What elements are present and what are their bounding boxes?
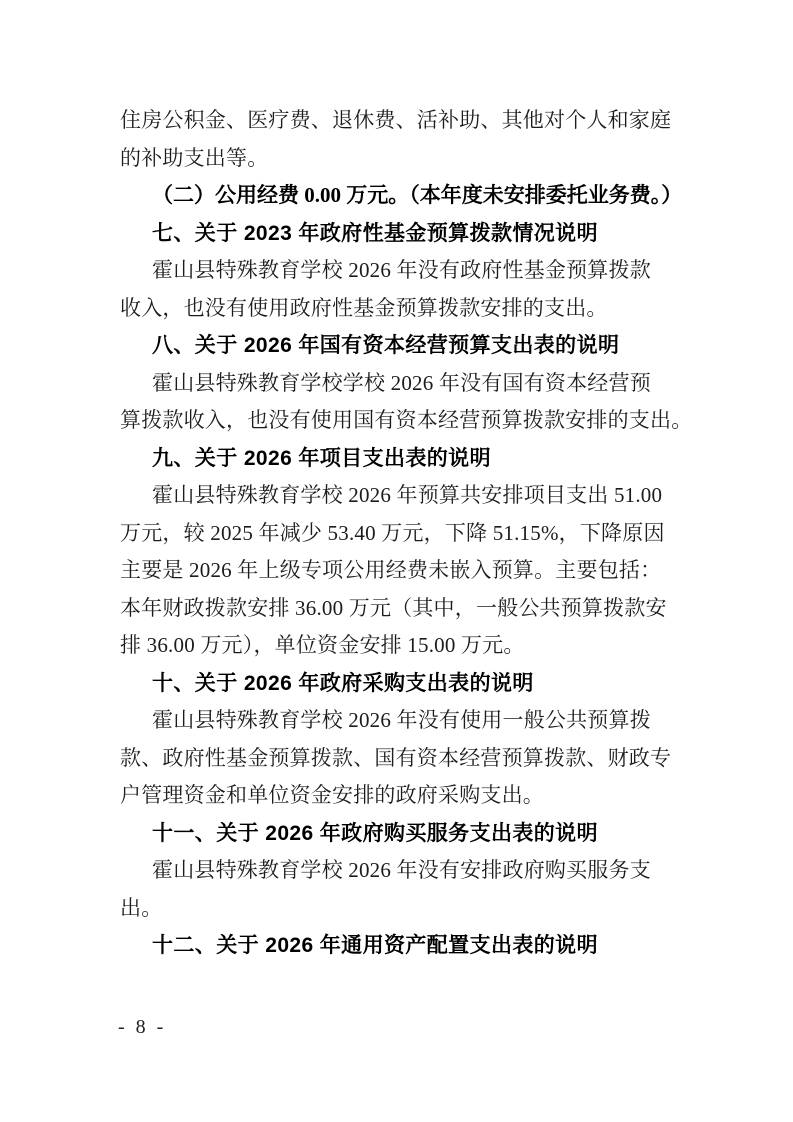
page-number: - 8 - [118,1012,166,1042]
section-heading: 八、关于 2026 年国有资本经营预算支出表的说明 [120,327,675,365]
section-heading: 七、关于 2023 年政府性基金预算拨款情况说明 [120,215,675,253]
text-line: 霍山县特殊教育学校 2026 年没有安排政府购买服务支 [120,852,675,890]
section-heading: 十一、关于 2026 年政府购买服务支出表的说明 [120,815,675,853]
document-body: 住房公积金、医疗费、退休费、活补助、其他对个人和家庭的补助支出等。（二）公用经费… [120,102,675,965]
text-line: 户管理资金和单位资金安排的政府采购支出。 [120,777,675,815]
text-line: 本年财政拨款安排 36.00 万元（其中，一般公共预算拨款安 [120,590,675,628]
text-line: 住房公积金、医疗费、退休费、活补助、其他对个人和家庭 [120,102,675,140]
section-heading: 九、关于 2026 年项目支出表的说明 [120,440,675,478]
text-line: 霍山县特殊教育学校学校 2026 年没有国有资本经营预 [120,365,675,403]
text-line: （二）公用经费 0.00 万元。（本年度未安排委托业务费。） [120,177,675,215]
text-line: 出。 [120,890,675,928]
text-line: 款、政府性基金预算拨款、国有资本经营预算拨款、财政专 [120,740,675,778]
text-line: 霍山县特殊教育学校 2026 年预算共安排项目支出 51.00 [120,477,675,515]
text-line: 霍山县特殊教育学校 2026 年没有使用一般公共预算拨 [120,702,675,740]
text-line: 主要是 2026 年上级专项公用经费未嵌入预算。主要包括： [120,552,675,590]
text-line: 排 36.00 万元），单位资金安排 15.00 万元。 [120,627,675,665]
text-line: 的补助支出等。 [120,140,675,178]
text-line: 霍山县特殊教育学校 2026 年没有政府性基金预算拨款 [120,252,675,290]
text-line: 算拨款收入，也没有使用国有资本经营预算拨款安排的支出。 [120,402,675,440]
document-page: 住房公积金、医疗费、退休费、活补助、其他对个人和家庭的补助支出等。（二）公用经费… [0,0,793,1122]
text-line: 收入，也没有使用政府性基金预算拨款安排的支出。 [120,290,675,328]
text-line: 万元，较 2025 年减少 53.40 万元，下降 51.15%，下降原因 [120,515,675,553]
section-heading: 十、关于 2026 年政府采购支出表的说明 [120,665,675,703]
section-heading: 十二、关于 2026 年通用资产配置支出表的说明 [120,927,675,965]
